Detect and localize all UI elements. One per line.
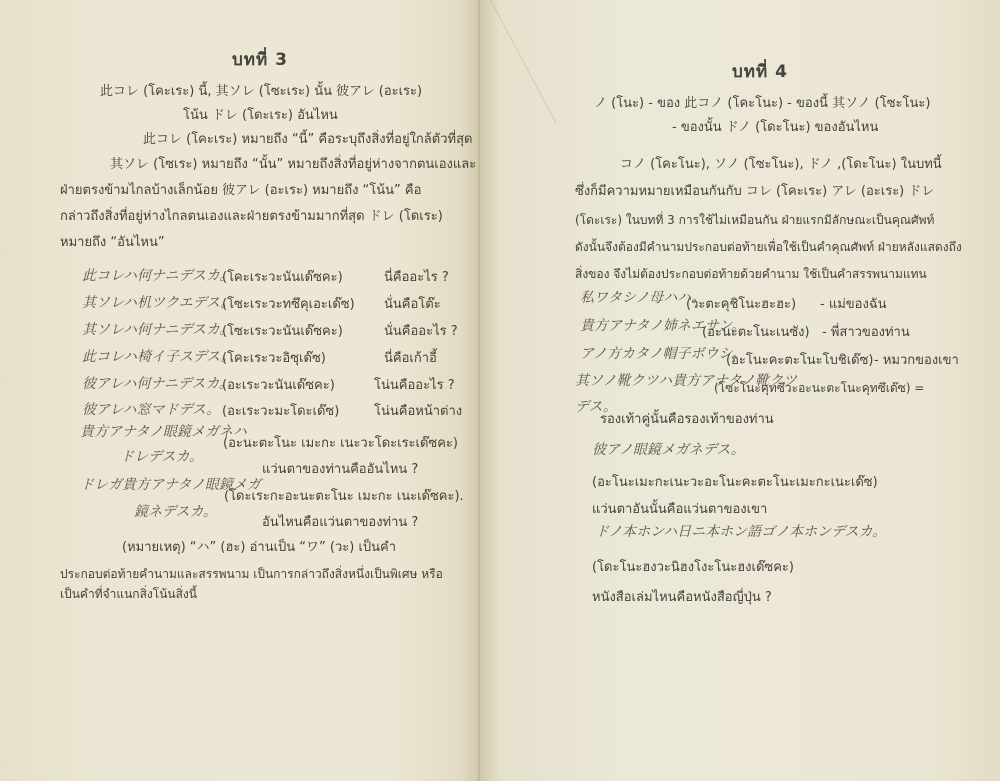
example-reading: (อะโนะเมะกะเนะวะอะโนะคะตะโนะเมะกะเนะเด๊ซ…	[592, 475, 878, 491]
lesson-title: บทที่ 4	[732, 64, 788, 80]
note-line: ประกอบต่อท้ายคำนามและสรรพนาม เป็นการกล่า…	[60, 566, 443, 582]
paragraph-line: 其ソレ (โซเระ) หมายถึง “นั้น” หมายถึงสิ่งที…	[110, 157, 476, 173]
example-translation: โน่นคืออะไร ?	[374, 378, 455, 394]
note-line: (หมายเหตุ) “ハ” (ฮะ) อ่านเป็น “ワ” (วะ) เป…	[122, 540, 396, 556]
example-japanese: 彼アレハ窓マドデス。	[82, 402, 220, 418]
example-translation: นี่คืออะไร ?	[384, 270, 449, 286]
example-reading: (โคะเระวะนันเด๊ซคะ)	[222, 270, 343, 286]
right-page: บทที่ 4 ノ (โนะ) - ของ 此コノ (โคะโนะ) - ของ…	[480, 0, 1000, 781]
example-translation: รองเท้าคู่นั้นคือรองเท้าของท่าน	[600, 412, 774, 428]
paragraph-line: 此コレ (โคะเระ) หมายถึง “นี้” คือระบุถึงสิ่…	[143, 132, 472, 148]
book-gutter	[477, 0, 481, 781]
example-reading: (โดะโนะฮงวะนิฮงโงะโนะฮงเด๊ซคะ)	[592, 560, 794, 576]
left-page: บทที่ 3 此コレ (โคะเระ) นี้, 其ソレ (โซะเระ) น…	[0, 0, 480, 781]
example-reading: (อะเระวะมะโดะเด๊ซ)	[222, 404, 339, 420]
paragraph-line: (โดะเระ) ในบทที่ 3 การใช้ไม่เหมือนกัน ฝ่…	[575, 212, 934, 228]
example-japanese: ドノ本ホンハ日ニ本ホン語ゴノ本ホンデスカ。	[595, 524, 886, 540]
paragraph-line: กล่าวถึงสิ่งที่อยู่ห่างไกลตนเองและฝ่ายตร…	[60, 209, 443, 225]
example-translation: โน่นคือหน้าต่าง	[374, 404, 462, 420]
note-line: เป็นคำที่จำแนกสิ่งโน้นสิ่งนี้	[60, 586, 197, 602]
example-translation: - พี่สาวของท่าน	[822, 325, 910, 341]
example-japanese: アノ方カタノ帽子ボウシ。	[580, 346, 745, 362]
example-japanese: 彼アレハ何ナニデスカ。	[82, 376, 233, 392]
example-translation: นี่คือเก้าอี้	[384, 351, 437, 367]
header-line: ノ (โนะ) - ของ 此コノ (โคะโนะ) - ของนี้ 其ソノ …	[594, 96, 930, 112]
paragraph-line: ซึ่งก็มีความหมายเหมือนกันกับ コレ (โคะเระ)…	[575, 184, 934, 200]
lesson-title: บทที่ 3	[232, 52, 288, 68]
example-reading: (อะนะตะโนะเนซัง)	[702, 325, 810, 341]
example-reading: (อะโนะคะตะโนะโบชิเด๊ซ)	[726, 353, 874, 369]
example-translation: - แม่ของฉัน	[820, 297, 887, 313]
paragraph-line: ฝ่ายตรงข้ามไกลบ้างเล็กน้อย 彼アレ (อะเระ) ห…	[60, 183, 421, 199]
example-translation: แว่นตาของท่านคืออันไหน ?	[262, 462, 418, 478]
example-japanese: 其ソレハ机ツクエデス。	[82, 295, 234, 311]
example-reading: (โซะเระวะนันเด๊ซคะ)	[222, 324, 343, 340]
example-reading: (โดะเระกะอะนะตะโนะ เมะกะ เนะเด๊ซคะ).	[224, 489, 464, 505]
paragraph-line: コノ (โคะโนะ), ソノ (โซะโนะ), ドノ ,(โดะโนะ) ใ…	[620, 157, 942, 173]
example-translation: - หมวกของเขา	[874, 353, 959, 369]
paragraph-line: หมายถึง “อันไหน”	[60, 235, 165, 251]
example-translation: นั่นคืออะไร ?	[384, 324, 458, 340]
header-line: - ของนั้น ドノ (โดะโนะ) ของอันไหน	[672, 120, 878, 136]
example-translation: แว่นตาอันนั้นคือแว่นตาของเขา	[592, 502, 767, 518]
example-reading: (โซะเระวะทซึคุเอะเด๊ซ)	[222, 297, 355, 313]
header-line: โน้น ドレ (โดะเระ) อันไหน	[183, 108, 338, 124]
example-translation: หนังสือเล่มไหนคือหนังสือญี่ปุ่น ?	[592, 590, 772, 606]
header-line: 此コレ (โคะเระ) นี้, 其ソレ (โซะเระ) นั้น 彼アレ …	[100, 84, 422, 100]
example-reading: (อะเระวะนันเด๊ซคะ)	[222, 378, 335, 394]
paragraph-line: สิ่งของ จึงไม่ต้องประกอบต่อท้ายด้วยคำนาม…	[575, 266, 927, 282]
example-japanese: 此コレハ何ナニデスカ。	[82, 268, 233, 284]
example-japanese: 此コレハ椅イ子スデス。	[82, 349, 235, 365]
example-reading: (โซะโนะคุทซึวะอะนะตะโนะคุทซึเด๊ซ) =	[714, 380, 924, 396]
example-japanese: 其ソレハ何ナニデスカ。	[82, 322, 233, 338]
paragraph-line: ดังนั้นจึงต้องมีคำนามประกอบต่อท้ายเพื่อใ…	[575, 239, 962, 255]
example-japanese: 鏡ネデスカ。	[134, 504, 217, 520]
example-translation: นั่นคือโต๊ะ	[384, 297, 441, 313]
example-japanese: 彼アノ眼鏡メガネデス。	[592, 442, 745, 458]
example-japanese: 貴方アナタノ眼鏡メガネハ	[80, 424, 247, 440]
example-translation: อันไหนคือแว่นตาของท่าน ?	[262, 515, 418, 531]
example-japanese: ドレデスカ。	[120, 449, 203, 465]
example-reading: (อะนะตะโนะ เมะกะ เนะวะโดะเระเด๊ซคะ)	[223, 436, 458, 452]
example-reading: (โคะเระวะอิซุเด๊ซ)	[222, 351, 326, 367]
example-reading: (วะตะคุชิโนะฮะฮะ)	[686, 297, 796, 313]
